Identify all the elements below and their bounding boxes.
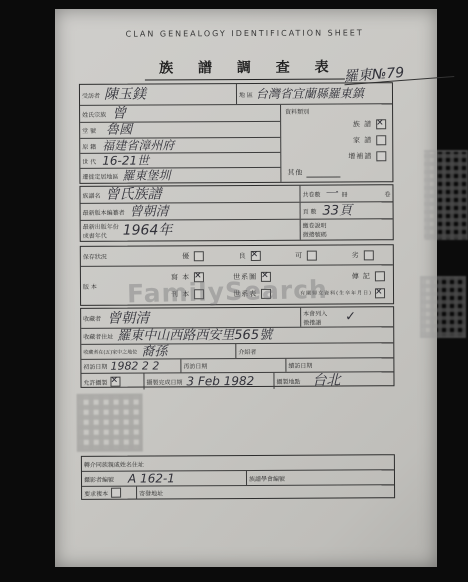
listed-check-value: ✓	[345, 310, 356, 323]
checkbox-good	[251, 250, 261, 260]
category-option-other: 其他	[285, 166, 388, 179]
field-generations: 世 代 16-21世	[80, 152, 280, 168]
surname-label: 姓氏宗族	[82, 109, 106, 118]
paper-sheet: CLAN GENEALOGY IDENTIFICATION SHEET 族 譜 …	[55, 9, 437, 567]
introducer-label: 介紹者	[238, 346, 256, 355]
checkbox-copy-requested	[111, 488, 121, 498]
field-filming-date: 攝製完成日期 3 Feb 1982	[143, 373, 273, 390]
archive-seal-right-upper	[424, 150, 468, 240]
category-option: 家 譜	[285, 134, 388, 147]
volumes-unit-ce: 冊	[342, 189, 348, 198]
area-label: 地 區	[239, 89, 253, 98]
film-note-label: 繳卷說明	[303, 221, 327, 230]
field-film-note: 繳卷說明 微捲號碼	[300, 219, 393, 239]
first-visit-value: 1982 2 2	[110, 360, 159, 371]
area-value: 台灣省宜蘭縣羅東鎮	[256, 87, 364, 100]
hall-value: 魯國	[106, 124, 132, 137]
field-book-title: 族譜名 曾氏族譜	[80, 186, 299, 203]
field-send-address: 寄發地址	[136, 485, 394, 498]
book-era-label: 成書年代	[83, 231, 119, 240]
pages-value: 33頁	[322, 204, 352, 217]
holder-value: 曾朝清	[107, 311, 149, 325]
origin-value: 福建省漳州府	[102, 139, 174, 151]
familysearch-watermark: FamilySearch	[127, 275, 328, 309]
field-holder-position: 收藏者在(五)家中之地位 裔孫	[81, 344, 235, 359]
publish-year-label: 最新出版年份	[83, 222, 119, 231]
field-compiler: 最新版本編纂者 曾朝清	[81, 203, 300, 220]
field-pages: 頁 數 33頁	[300, 202, 393, 218]
section-referral: 轉介同族親戚姓名住址 攝影者編號 A 162-1 族譜學會編號 要求複本	[81, 454, 395, 500]
field-society-listed: 本會列入 微捲譜 ✓	[300, 307, 393, 326]
field-interviewee: 受訪者 陳玉鎂	[80, 84, 236, 105]
condition-options: 優 良 可 劣	[163, 248, 393, 263]
field-holder-address: 收藏者住址 羅東中山西路西安里565號	[81, 327, 393, 344]
volumes-value: 一	[324, 187, 337, 200]
field-holder: 收藏者 曾朝清	[81, 308, 300, 328]
book-title-label: 族譜名	[82, 190, 100, 199]
archive-seal-right-middle	[420, 276, 466, 338]
checkbox-clan-genealogy	[376, 119, 386, 129]
field-second-visit: 再訪日期	[180, 359, 285, 373]
filming-place-value: 台北	[312, 374, 340, 388]
section-holder: 收藏者 曾朝清 本會列入 微捲譜 ✓ 收藏者住址 羅東中山西路西安里56	[80, 306, 394, 388]
microfilm-label: 微捲譜	[303, 317, 327, 326]
compiler-value: 曾朝清	[130, 205, 169, 218]
field-publish-year: 最新出版年份 成書年代 1964年	[81, 220, 300, 241]
other-blank-line	[306, 168, 340, 177]
holder-address-label: 收藏者住址	[83, 332, 113, 341]
field-photographer-number: 攝影者編號 A 162-1	[82, 471, 246, 486]
field-surname: 姓氏宗族 曾	[80, 105, 280, 122]
field-origin: 原 籍 福建省漳州府	[80, 137, 280, 153]
field-filming-permitted: 允許攝製	[81, 374, 143, 390]
migration-value: 羅東堡圳	[122, 169, 170, 181]
checkbox-fair	[307, 250, 317, 260]
field-copy-requested: 要求複本	[82, 487, 136, 499]
field-society-number: 族譜學會編號	[246, 470, 394, 485]
publish-year-value: 1964年	[123, 223, 173, 237]
filming-place-label: 攝製地點	[276, 376, 300, 385]
field-hall: 堂 號 魯國	[80, 121, 280, 138]
checkbox-poor	[364, 250, 374, 260]
field-filming-place: 攝製地點 台北	[273, 372, 393, 389]
holder-position-value: 裔孫	[141, 345, 167, 358]
send-address-label: 寄發地址	[139, 488, 163, 497]
second-visit-label: 再訪日期	[183, 361, 207, 370]
condition-label: 保存狀況	[83, 252, 107, 261]
surname-value: 曾	[112, 107, 126, 121]
hall-label: 堂 號	[82, 126, 96, 135]
section-respondent: 受訪者 陳玉鎂 地 區 台灣省宜蘭縣羅東鎮 姓氏宗族 曾	[79, 82, 394, 184]
first-visit-label: 初訪日期	[83, 362, 107, 371]
holder-position-label: 收藏者在(五)家中之地位	[83, 348, 137, 355]
volumes-label: 共卷數	[302, 189, 320, 198]
scanned-document-page: CLAN GENEALOGY IDENTIFICATION SHEET 族 譜 …	[0, 0, 468, 582]
origin-label: 原 籍	[82, 141, 96, 150]
holder-label: 收藏者	[83, 314, 101, 323]
generations-label: 世 代	[82, 156, 96, 165]
film-number-label: 微捲號碼	[303, 230, 327, 239]
field-migration: 遷徙定居地區 羅東堡圳	[80, 167, 280, 183]
holder-address-value: 羅東中山西路西安里565號	[117, 329, 272, 343]
form-title-english: CLAN GENEALOGY IDENTIFICATION SHEET	[54, 28, 436, 39]
filming-date-label: 攝製完成日期	[146, 377, 182, 386]
field-introducer: 介紹者	[235, 343, 393, 358]
book-title-value: 曾氏族譜	[105, 187, 161, 201]
volumes-unit-juan: 卷	[384, 189, 390, 198]
photographer-number-label: 攝影者編號	[84, 474, 114, 483]
checkbox-filming-permitted	[110, 377, 120, 387]
migration-label: 遷徙定居地區	[82, 171, 118, 180]
interviewee-value: 陳玉鎂	[104, 88, 146, 102]
compiler-label: 最新版本編纂者	[83, 207, 125, 216]
category-option: 增補譜	[285, 150, 388, 163]
society-number-label: 族譜學會編號	[249, 473, 285, 482]
filming-permitted-label: 允許攝製	[83, 377, 107, 386]
checkbox-biography	[375, 271, 385, 281]
filming-date-value: 3 Feb 1982	[186, 375, 254, 387]
checkbox-women-data	[375, 288, 385, 298]
field-volumes: 共卷數 一 冊 卷	[299, 185, 392, 201]
listed-label: 本會列入	[303, 308, 327, 317]
photographer-number-value: A 162-1	[128, 472, 175, 484]
field-followup-visit: 續訪日期	[285, 358, 393, 372]
checkbox-supplement-genealogy	[376, 151, 386, 161]
generations-value: 16-21世	[102, 155, 149, 167]
checkbox-family-genealogy	[376, 135, 386, 145]
pages-label: 頁 數	[303, 206, 317, 215]
category-label: 資料類別	[285, 106, 388, 116]
checkbox-excellent	[194, 251, 204, 261]
copy-requested-label: 要求複本	[84, 488, 108, 497]
genealogy-form: CLAN GENEALOGY IDENTIFICATION SHEET 族 譜 …	[54, 8, 439, 568]
condition-label-cell: 保存狀況	[81, 250, 163, 261]
followup-visit-label: 續訪日期	[288, 361, 312, 370]
archive-seal-bottom-left	[77, 394, 143, 452]
field-first-visit: 初訪日期 1982 2 2	[81, 359, 180, 373]
interviewee-label: 受訪者	[82, 90, 100, 99]
category-box: 資料類別 族 譜 家 譜 增補譜	[280, 104, 392, 182]
category-option: 族 譜	[285, 118, 388, 131]
referral-label: 轉介同族親戚姓名住址	[84, 459, 144, 468]
version-label: 版 本	[83, 281, 97, 290]
section-book: 族譜名 曾氏族譜 共卷數 一 冊 卷 最新版本編纂者 曾朝清	[79, 184, 393, 242]
field-area: 地 區 台灣省宜蘭縣羅東鎮	[236, 83, 392, 104]
